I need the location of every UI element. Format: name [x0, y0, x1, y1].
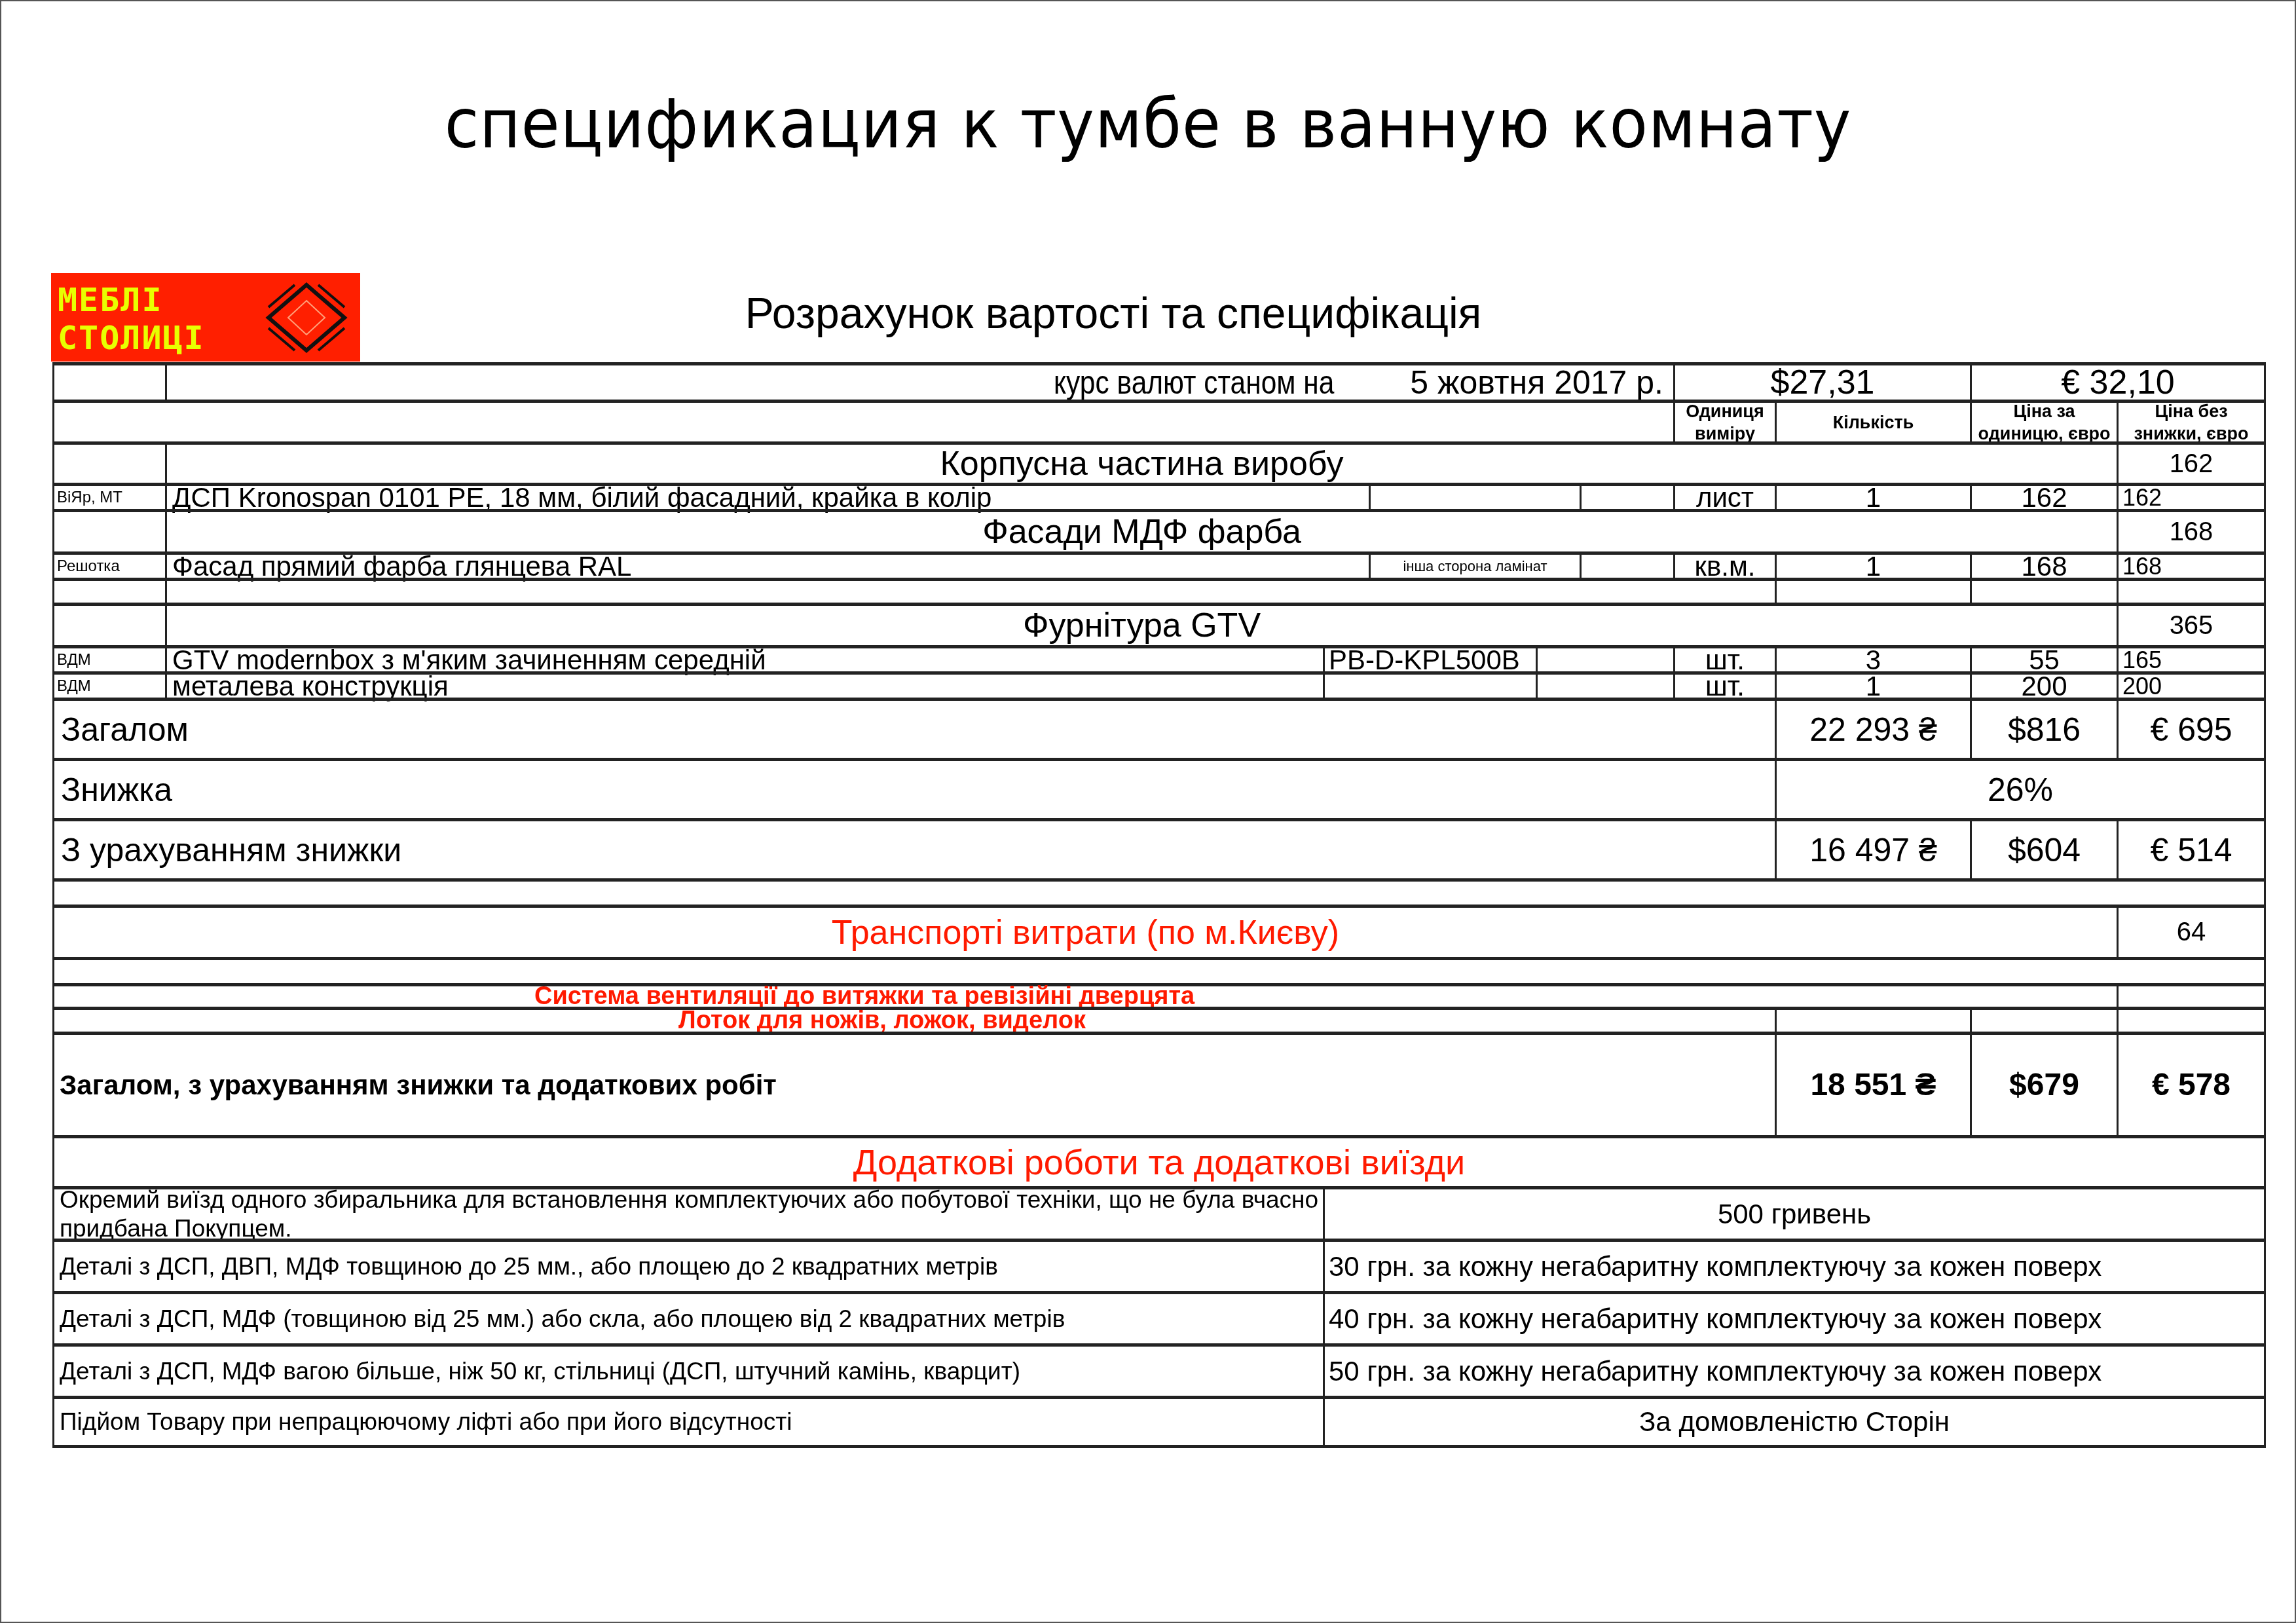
item-name: ДСП Kronospan 0101 PE, 18 мм, білий фаса… [165, 486, 1369, 509]
item-note: PB-D-KPL500B [1323, 648, 1536, 671]
rates-date: 5 жовтня 2017 р. [1410, 364, 1663, 401]
additional-desc: Підйом Товару при непрацюючому ліфті або… [52, 1399, 1323, 1445]
rates-label-cell: курс валют станом на 5 жовтня 2017 р. [165, 365, 1726, 400]
section-row-2: Фасади МДФ фарба 168 [52, 509, 2266, 551]
table-row: Решотка Фасад прямий фарба глянцева RAL … [52, 551, 2266, 578]
item-unit: шт. [1673, 648, 1775, 671]
section-total: 162 [2117, 445, 2266, 483]
discounted-uah: 16 497 ₴ [1775, 821, 1970, 878]
discounted-eur: € 514 [2117, 821, 2266, 878]
section-title: Корпусна частина виробу [165, 445, 2117, 483]
logo-line-2: СТОЛИЦІ [58, 319, 205, 357]
item-note [1323, 675, 1536, 698]
item-name: GTV modernbox з м'яким зачиненням середн… [165, 648, 1369, 671]
item-qty: 3 [1775, 648, 1970, 671]
grand-total-row: Загалом, з урахуванням знижки та додатко… [52, 1032, 2266, 1135]
total-eur: € 695 [2117, 701, 2266, 758]
grand-total-uah: 18 551 ₴ [1775, 1035, 1970, 1135]
item-sum: 165 [2117, 648, 2266, 671]
additional-row: Підйом Товару при непрацюючому ліфті або… [52, 1396, 2266, 1448]
additional-desc: Окремий виїзд одного збиральника для вст… [52, 1189, 1323, 1239]
additional-title: Додаткові роботи та додаткові виїзди [52, 1138, 2266, 1186]
item-unit: шт. [1673, 675, 1775, 698]
discount-value: 26% [1775, 761, 2266, 818]
additional-row: Деталі з ДСП, МДФ (товщиною від 25 мм.) … [52, 1291, 2266, 1343]
company-logo: МЕБЛІ СТОЛИЦІ [51, 273, 360, 362]
total-row: Загалом 22 293 ₴ $816 € 695 [52, 698, 2266, 758]
supplier: ВДМ [52, 648, 165, 671]
additional-row: Окремий виїзд одного збиральника для вст… [52, 1186, 2266, 1239]
item-qty: 1 [1775, 555, 1970, 578]
additional-price: 30 грн. за кожну негабаритну комплектуюч… [1323, 1242, 2266, 1291]
header-price-nodisc-line1: Ціна без [2155, 400, 2227, 422]
header-unit: Одиниця виміру [1673, 403, 1775, 441]
discounted-row: З урахуванням знижки 16 497 ₴ $604 € 514 [52, 818, 2266, 878]
header-price-unit: Ціна за одиницю, євро [1970, 403, 2117, 441]
transport-value: 64 [2117, 908, 2266, 957]
spacer-row-2 [52, 957, 2266, 983]
supplier: ВДМ [52, 675, 165, 698]
item-sum: 162 [2117, 486, 2266, 509]
item-unit: кв.м. [1673, 555, 1775, 578]
discounted-usd: $604 [1970, 821, 2117, 878]
item-name: металева конструкція [165, 675, 1323, 698]
transport-row: Транспорті витрати (по м.Києву) 64 [52, 905, 2266, 957]
item-unit: лист [1673, 486, 1775, 509]
item-price: 162 [1970, 486, 2117, 509]
item-qty: 1 [1775, 486, 1970, 509]
rates-label: курс валют станом на [1054, 364, 1334, 401]
supplier: ВіЯр, МТ [52, 486, 165, 509]
page-title: спецификация к тумбе в ванную комнату [92, 84, 2204, 164]
eur-rate: € 32,10 [1970, 365, 2266, 400]
discount-label: Знижка [52, 761, 1775, 818]
extra-item: Система вентиляції до витяжки та ревізій… [52, 986, 2117, 1007]
header-price-nodisc: Ціна без знижки, євро [2117, 403, 2266, 441]
item-note [1369, 486, 1580, 509]
logo-line-1: МЕБЛІ [58, 281, 205, 319]
extra-row-1: Система вентиляції до витяжки та ревізій… [52, 983, 2266, 1007]
section-row-1: Корпусна частина виробу 162 [52, 441, 2266, 483]
table-row: ВДМ GTV modernbox з м'яким зачиненням се… [52, 645, 2266, 671]
section-total: 365 [2117, 606, 2266, 645]
item-price: 55 [1970, 648, 2117, 671]
rates-row: курс валют станом на 5 жовтня 2017 р. $2… [52, 362, 2266, 400]
discounted-label: З урахуванням знижки [52, 821, 1775, 878]
section-title: Фурнітура GTV [165, 606, 2117, 645]
header-qty: Кількість [1775, 403, 1970, 441]
item-price: 168 [1970, 555, 2117, 578]
document-subtitle: Розрахунок вартості та специфікація [655, 288, 1572, 338]
table-row: ВДМ металева конструкція шт. 1 200 200 [52, 671, 2266, 698]
section-title: Фасади МДФ фарба [165, 512, 2117, 551]
header-unit-line1: Одиниця [1686, 400, 1764, 422]
transport-label: Транспорті витрати (по м.Києву) [52, 908, 2117, 957]
total-label: Загалом [52, 701, 1775, 758]
item-sum: 200 [2117, 675, 2266, 698]
additional-price: 50 грн. за кожну негабаритну комплектуюч… [1323, 1347, 2266, 1396]
item-sum: 168 [2117, 555, 2266, 578]
item-qty: 1 [1775, 675, 1970, 698]
additional-desc: Деталі з ДСП, МДФ (товщиною від 25 мм.) … [52, 1294, 1323, 1343]
item-note: інша сторона ламінат [1369, 555, 1580, 578]
usd-rate: $27,31 [1673, 365, 1970, 400]
grand-total-usd: $679 [1970, 1035, 2117, 1135]
additional-title-row: Додаткові роботи та додаткові виїзди [52, 1135, 2266, 1186]
total-usd: $816 [1970, 701, 2117, 758]
additional-row: Деталі з ДСП, МДФ вагою більше, ніж 50 к… [52, 1343, 2266, 1396]
empty-row [52, 578, 2266, 603]
table-row: ВіЯр, МТ ДСП Kronospan 0101 PE, 18 мм, б… [52, 483, 2266, 509]
discount-row: Знижка 26% [52, 758, 2266, 818]
header-row: Одиниця виміру Кількість Ціна за одиницю… [52, 400, 2266, 441]
section-row-3: Фурнітура GTV 365 [52, 603, 2266, 645]
additional-row: Деталі з ДСП, ДВП, МДФ товщиною до 25 мм… [52, 1239, 2266, 1291]
grand-total-label: Загалом, з урахуванням знижки та додатко… [52, 1035, 1775, 1135]
additional-price: За домовленістю Сторін [1323, 1399, 2266, 1445]
extra-row-2: Лоток для ножів, ложок, виделок [52, 1007, 2266, 1032]
logo-text: МЕБЛІ СТОЛИЦІ [58, 281, 205, 357]
additional-price: 40 грн. за кожну негабаритну комплектуюч… [1323, 1294, 2266, 1343]
additional-desc: Деталі з ДСП, МДФ вагою більше, ніж 50 к… [52, 1347, 1323, 1396]
header-price-unit-line1: Ціна за [2013, 400, 2075, 422]
diamond-emblem-icon [261, 281, 352, 354]
extra-item: Лоток для ножів, ложок, виделок [52, 1010, 1775, 1032]
grand-total-eur: € 578 [2117, 1035, 2266, 1135]
item-price: 200 [1970, 675, 2117, 698]
additional-desc: Деталі з ДСП, ДВП, МДФ товщиною до 25 мм… [52, 1242, 1323, 1291]
supplier: Решотка [52, 555, 165, 578]
spacer-row [52, 878, 2266, 905]
total-uah: 22 293 ₴ [1775, 701, 1970, 758]
additional-price: 500 гривень [1323, 1189, 2266, 1239]
section-total: 168 [2117, 512, 2266, 551]
item-name: Фасад прямий фарба глянцева RAL [165, 555, 1369, 578]
